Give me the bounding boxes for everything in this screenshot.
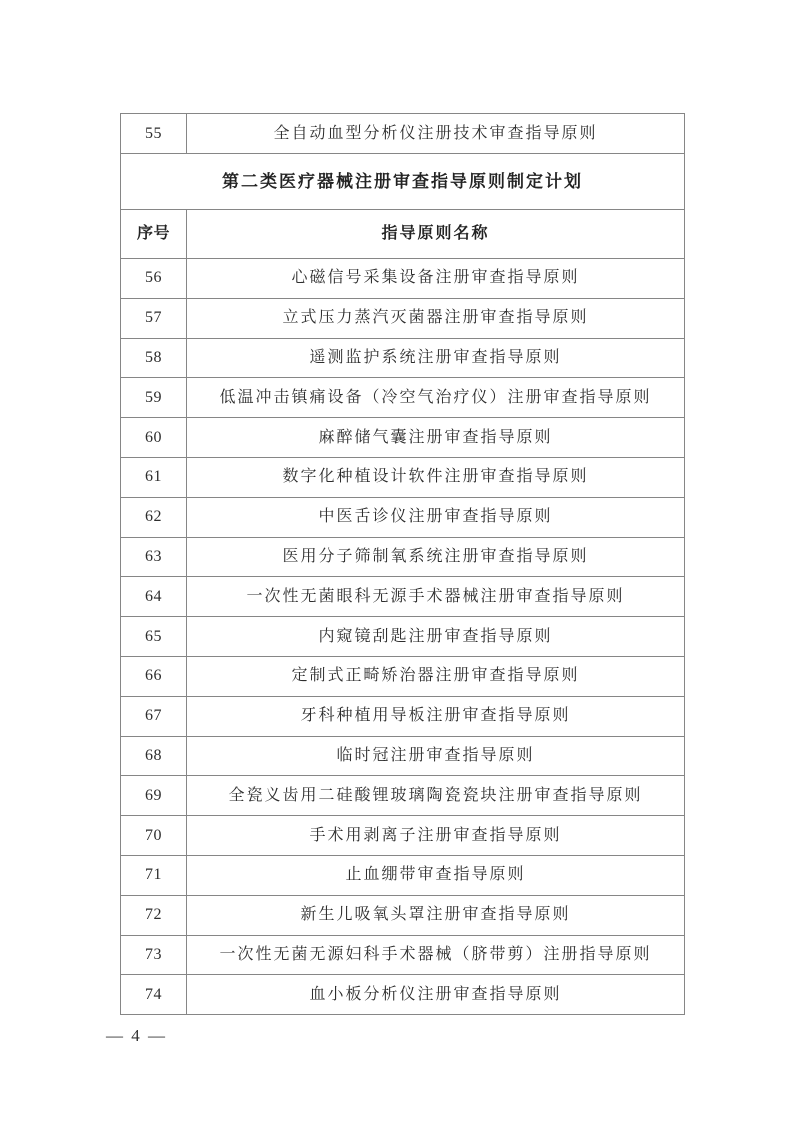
guideline-name: 医用分子筛制氧系统注册审查指导原则 [187, 537, 685, 577]
guideline-name: 全自动血型分析仪注册技术审查指导原则 [187, 114, 685, 154]
guideline-name: 新生儿吸氧头罩注册审查指导原则 [187, 895, 685, 935]
row-number: 57 [121, 298, 187, 338]
table-row: 60 麻醉储气囊注册审查指导原则 [121, 418, 685, 458]
row-number: 72 [121, 895, 187, 935]
guideline-name: 手术用剥离子注册审查指导原则 [187, 816, 685, 856]
table-row: 73 一次性无菌无源妇科手术器械（脐带剪）注册指导原则 [121, 935, 685, 975]
table-row: 56 心磁信号采集设备注册审查指导原则 [121, 259, 685, 299]
table-row: 74 血小板分析仪注册审查指导原则 [121, 975, 685, 1015]
table-row: 70 手术用剥离子注册审查指导原则 [121, 816, 685, 856]
guideline-name: 牙科种植用导板注册审查指导原则 [187, 696, 685, 736]
row-number: 63 [121, 537, 187, 577]
row-number: 70 [121, 816, 187, 856]
document-page: { "page": { "page_number": "— 4 —" }, "t… [0, 0, 800, 1131]
table-row: 72 新生儿吸氧头罩注册审查指导原则 [121, 895, 685, 935]
guideline-name: 数字化种植设计软件注册审查指导原则 [187, 457, 685, 497]
guideline-name: 一次性无菌无源妇科手术器械（脐带剪）注册指导原则 [187, 935, 685, 975]
column-header-no: 序号 [121, 210, 187, 259]
guideline-name: 全瓷义齿用二硅酸锂玻璃陶瓷瓷块注册审查指导原则 [187, 776, 685, 816]
row-number: 68 [121, 736, 187, 776]
guideline-name: 中医舌诊仪注册审查指导原则 [187, 497, 685, 537]
row-number: 65 [121, 617, 187, 657]
row-number: 62 [121, 497, 187, 537]
guideline-name: 临时冠注册审查指导原则 [187, 736, 685, 776]
guideline-name: 立式压力蒸汽灭菌器注册审查指导原则 [187, 298, 685, 338]
page-number: — 4 — [106, 1026, 167, 1046]
row-number: 71 [121, 855, 187, 895]
row-number: 73 [121, 935, 187, 975]
guideline-name: 心磁信号采集设备注册审查指导原则 [187, 259, 685, 299]
table-row: 63 医用分子筛制氧系统注册审查指导原则 [121, 537, 685, 577]
guideline-name: 定制式正畸矫治器注册审查指导原则 [187, 656, 685, 696]
table-row: 68 临时冠注册审查指导原则 [121, 736, 685, 776]
row-number: 59 [121, 378, 187, 418]
table-row: 55 全自动血型分析仪注册技术审查指导原则 [121, 114, 685, 154]
column-header-name: 指导原则名称 [187, 210, 685, 259]
row-number: 64 [121, 577, 187, 617]
table-row: 71 止血绷带审查指导原则 [121, 855, 685, 895]
table-row: 65 内窥镜刮匙注册审查指导原则 [121, 617, 685, 657]
table-row: 61 数字化种植设计软件注册审查指导原则 [121, 457, 685, 497]
row-number: 61 [121, 457, 187, 497]
table-row: 66 定制式正畸矫治器注册审查指导原则 [121, 656, 685, 696]
guideline-name: 一次性无菌眼科无源手术器械注册审查指导原则 [187, 577, 685, 617]
row-number: 55 [121, 114, 187, 154]
table-head-section: 55 全自动血型分析仪注册技术审查指导原则 第二类医疗器械注册审查指导原则制定计… [121, 114, 685, 259]
guideline-name: 低温冲击镇痛设备（冷空气治疗仪）注册审查指导原则 [187, 378, 685, 418]
table-section-row: 第二类医疗器械注册审查指导原则制定计划 [121, 154, 685, 210]
table-header-row: 序号 指导原则名称 [121, 210, 685, 259]
section-title: 第二类医疗器械注册审查指导原则制定计划 [121, 154, 685, 210]
guideline-name: 遥测监护系统注册审查指导原则 [187, 338, 685, 378]
row-number: 67 [121, 696, 187, 736]
table-row: 57 立式压力蒸汽灭菌器注册审查指导原则 [121, 298, 685, 338]
guidelines-table: 55 全自动血型分析仪注册技术审查指导原则 第二类医疗器械注册审查指导原则制定计… [120, 113, 685, 1015]
table-row: 62 中医舌诊仪注册审查指导原则 [121, 497, 685, 537]
row-number: 66 [121, 656, 187, 696]
guideline-rows: 56 心磁信号采集设备注册审查指导原则 57 立式压力蒸汽灭菌器注册审查指导原则… [121, 259, 685, 1015]
table-row: 59 低温冲击镇痛设备（冷空气治疗仪）注册审查指导原则 [121, 378, 685, 418]
table-row: 64 一次性无菌眼科无源手术器械注册审查指导原则 [121, 577, 685, 617]
table-row: 69 全瓷义齿用二硅酸锂玻璃陶瓷瓷块注册审查指导原则 [121, 776, 685, 816]
table-row: 67 牙科种植用导板注册审查指导原则 [121, 696, 685, 736]
guideline-name: 内窥镜刮匙注册审查指导原则 [187, 617, 685, 657]
row-number: 58 [121, 338, 187, 378]
row-number: 74 [121, 975, 187, 1015]
guideline-name: 血小板分析仪注册审查指导原则 [187, 975, 685, 1015]
guideline-name: 止血绷带审查指导原则 [187, 855, 685, 895]
table-row: 58 遥测监护系统注册审查指导原则 [121, 338, 685, 378]
row-number: 60 [121, 418, 187, 458]
guideline-name: 麻醉储气囊注册审查指导原则 [187, 418, 685, 458]
row-number: 56 [121, 259, 187, 299]
row-number: 69 [121, 776, 187, 816]
